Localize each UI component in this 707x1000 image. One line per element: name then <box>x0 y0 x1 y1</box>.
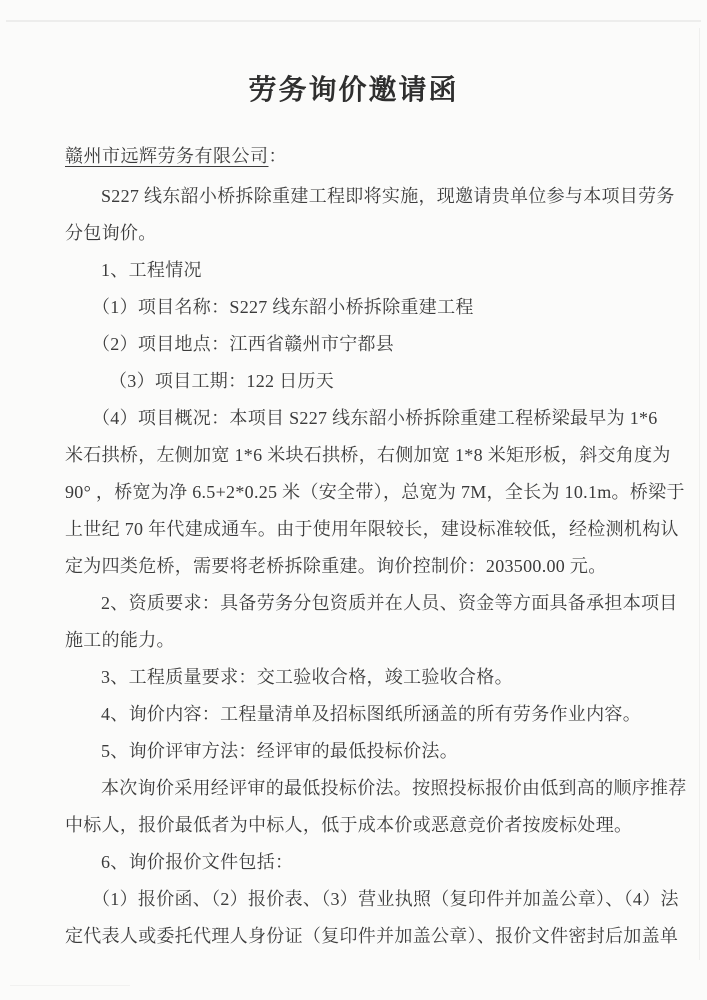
addressee-colon: ： <box>269 146 288 166</box>
body-line: 定代表人或委托代理人身份证（复印件并加盖公章）、报价文件密封后加盖单 <box>65 918 651 955</box>
body-line: S227 线东韶小桥拆除重建工程即将实施，现邀请贵单位参与本项目劳务 <box>65 178 651 215</box>
body-line: 中标人，报价最低者为中标人，低于成本价或恶意竞价者按废标处理。 <box>65 807 651 844</box>
body-line: （3）项目工期：122 日历天 <box>65 363 651 400</box>
body-line: 上世纪 70 年代建成通车。由于使用年限较长，建设标准较低，经检测机构认 <box>65 511 651 548</box>
body-line: 米石拱桥，左侧加宽 1*6 米块石拱桥，右侧加宽 1*8 米矩形板，斜交角度为 <box>65 437 651 474</box>
scan-artifact-bottom-edge <box>10 985 130 986</box>
body-line: 施工的能力。 <box>65 622 651 659</box>
document-body: S227 线东韶小桥拆除重建工程即将实施，现邀请贵单位参与本项目劳务 分包询价。… <box>65 178 651 955</box>
body-line: 1、工程情况 <box>65 252 651 289</box>
addressee-line: 赣州市远辉劳务有限公司： <box>65 142 287 168</box>
body-line: （2）项目地点：江西省赣州市宁都县 <box>65 326 651 363</box>
body-line: 分包询价。 <box>65 215 651 252</box>
body-line: （1）项目名称：S227 线东韶小桥拆除重建工程 <box>65 289 651 326</box>
document-title: 劳务询价邀请函 <box>0 68 707 108</box>
body-line: 4、询价内容：工程量清单及招标图纸所涵盖的所有劳务作业内容。 <box>65 696 651 733</box>
body-line: （1）报价函、（2）报价表、（3）营业执照（复印件并加盖公章）、（4）法 <box>65 881 651 918</box>
body-line: 5、询价评审方法：经评审的最低投标价法。 <box>65 733 651 770</box>
scanned-document-page: 劳务询价邀请函 赣州市远辉劳务有限公司： S227 线东韶小桥拆除重建工程即将实… <box>0 0 707 1000</box>
body-line: （4）项目概况：本项目 S227 线东韶小桥拆除重建工程桥梁最早为 1*6 <box>65 400 651 437</box>
body-line: 定为四类危桥，需要将老桥拆除重建。询价控制价：203500.00 元。 <box>65 548 651 585</box>
scan-artifact-top-line <box>6 20 701 22</box>
addressee-company-name: 赣州市远辉劳务有限公司 <box>65 146 269 166</box>
body-line: 2、资质要求：具备劳务分包资质并在人员、资金等方面具备承担本项目 <box>65 585 651 622</box>
scan-artifact-right-edge <box>699 28 700 960</box>
body-line: 6、询价报价文件包括： <box>65 844 651 881</box>
body-line: 3、工程质量要求：交工验收合格，竣工验收合格。 <box>65 659 651 696</box>
body-line: 本次询价采用经评审的最低投标价法。按照投标报价由低到高的顺序推荐 <box>65 770 651 807</box>
body-line: 90° ，桥宽为净 6.5+2*0.25 米（安全带），总宽为 7M，全长为 1… <box>65 474 651 511</box>
